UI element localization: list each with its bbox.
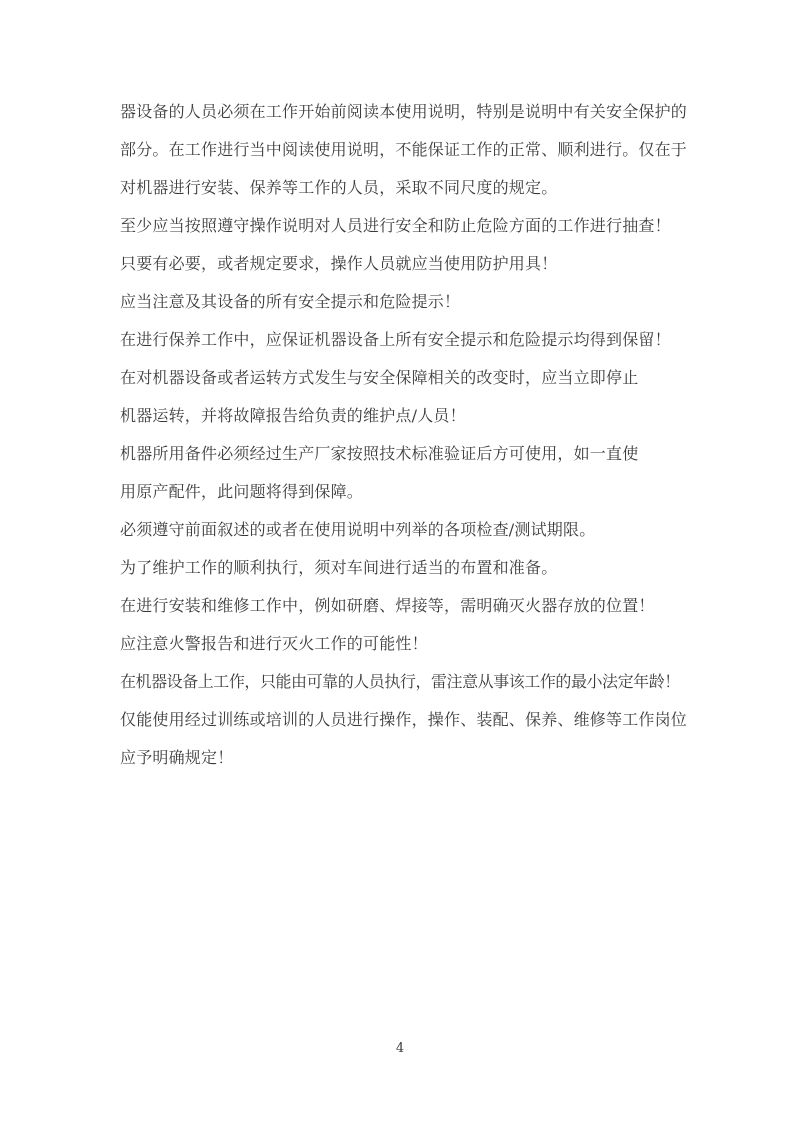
text-line: 机器运转，并将故障报告给负责的维护点/人员！ — [120, 397, 700, 435]
text-line: 部分。在工作进行当中阅读使用说明，不能保证工作的正常、顺利进行。仅在于 — [120, 131, 700, 169]
paragraph: 在进行安装和维修工作中，例如研磨、焊接等，需明确灭火器存放的位置！ — [120, 587, 700, 625]
paragraph: 仅能使用经过训练或培训的人员进行操作，操作、装配、保养、维修等工作岗位 应予明确… — [120, 701, 700, 777]
paragraph: 为了维护工作的顺利执行，须对车间进行适当的布置和准备。 — [120, 549, 700, 587]
text-line: 对机器进行安装、保养等工作的人员，采取不同尺度的规定。 — [120, 169, 700, 207]
text-line: 在对机器设备或者运转方式发生与安全保障相关的改变时，应当立即停止 — [120, 359, 700, 397]
paragraph: 应当注意及其设备的所有安全提示和危险提示！ — [120, 283, 700, 321]
text-line: 仅能使用经过训练或培训的人员进行操作，操作、装配、保养、维修等工作岗位 — [120, 701, 700, 739]
paragraph: 应注意火警报告和进行灭火工作的可能性！ — [120, 625, 700, 663]
document-page: 器设备的人员必须在工作开始前阅读本使用说明，特别是说明中有关安全保护的 部分。在… — [0, 0, 800, 1131]
paragraph: 在机器设备上工作，只能由可靠的人员执行，雷注意从事该工作的最小法定年龄！ — [120, 663, 700, 701]
text-block: 器设备的人员必须在工作开始前阅读本使用说明，特别是说明中有关安全保护的 部分。在… — [120, 93, 700, 777]
paragraph: 至少应当按照遵守操作说明对人员进行安全和防止危险方面的工作进行抽查！ — [120, 207, 700, 245]
paragraph: 必须遵守前面叙述的或者在使用说明中列举的各项检查/测试期限。 — [120, 511, 700, 549]
paragraph: 在对机器设备或者运转方式发生与安全保障相关的改变时，应当立即停止 机器运转，并将… — [120, 359, 700, 435]
text-line: 至少应当按照遵守操作说明对人员进行安全和防止危险方面的工作进行抽查！ — [120, 207, 700, 245]
text-line: 应注意火警报告和进行灭火工作的可能性！ — [120, 625, 700, 663]
text-line: 用原产配件，此问题将得到保障。 — [120, 473, 700, 511]
text-line: 应予明确规定！ — [120, 739, 700, 777]
paragraph: 在进行保养工作中，应保证机器设备上所有安全提示和危险提示均得到保留！ — [120, 321, 700, 359]
text-line: 只要有必要，或者规定要求，操作人员就应当使用防护用具！ — [120, 245, 700, 283]
text-line: 器设备的人员必须在工作开始前阅读本使用说明，特别是说明中有关安全保护的 — [120, 93, 700, 131]
text-line: 为了维护工作的顺利执行，须对车间进行适当的布置和准备。 — [120, 549, 700, 587]
text-line: 必须遵守前面叙述的或者在使用说明中列举的各项检查/测试期限。 — [120, 511, 700, 549]
text-line: 在机器设备上工作，只能由可靠的人员执行，雷注意从事该工作的最小法定年龄！ — [120, 663, 700, 701]
paragraph: 机器所用备件必须经过生产厂家按照技术标准验证后方可使用，如一直使 用原产配件，此… — [120, 435, 700, 511]
text-line: 在进行安装和维修工作中，例如研磨、焊接等，需明确灭火器存放的位置！ — [120, 587, 700, 625]
text-line: 应当注意及其设备的所有安全提示和危险提示！ — [120, 283, 700, 321]
paragraph: 只要有必要，或者规定要求，操作人员就应当使用防护用具！ — [120, 245, 700, 283]
paragraph: 器设备的人员必须在工作开始前阅读本使用说明，特别是说明中有关安全保护的 部分。在… — [120, 93, 700, 207]
text-line: 机器所用备件必须经过生产厂家按照技术标准验证后方可使用，如一直使 — [120, 435, 700, 473]
text-line: 在进行保养工作中，应保证机器设备上所有安全提示和危险提示均得到保留！ — [120, 321, 700, 359]
page-number: 4 — [0, 1040, 800, 1058]
